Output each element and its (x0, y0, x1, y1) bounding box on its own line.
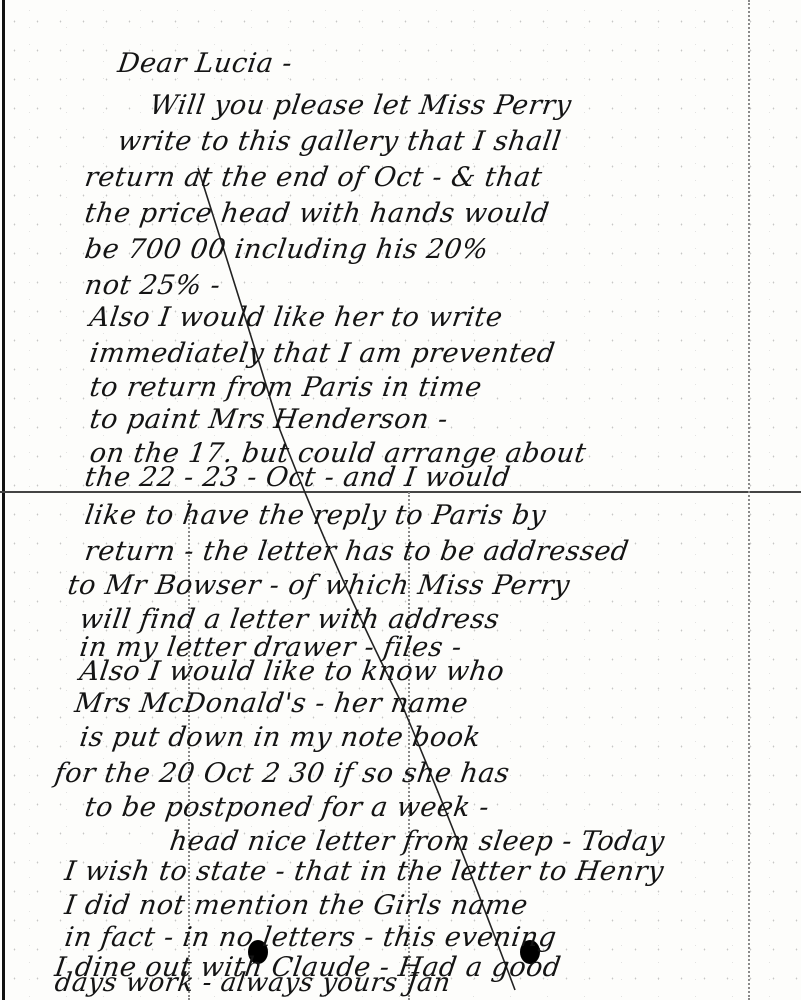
letter-page: Dear Lucia - Will you please let Miss Pe… (0, 0, 801, 1000)
letter-line: be 700 00 including his 20% (83, 234, 491, 265)
letter-line: to return from Paris in time (88, 372, 484, 403)
letter-line: write to this gallery that I shall (116, 126, 563, 157)
letter-line: Dear Lucia - (116, 48, 294, 79)
letter-line: is put down in my note book (78, 722, 483, 753)
letter-line: return at the end of Oct - & that (83, 162, 544, 193)
letter-line: the price head with hands would (83, 198, 551, 229)
letter-line: to paint Mrs Henderson - (88, 404, 450, 435)
scan-left-edge (2, 0, 5, 1000)
letter-line: like to have the reply to Paris by (83, 500, 548, 531)
letter-line: Also I would like to know who (78, 656, 507, 687)
letter-signature-line: days work - always yours Jan (53, 968, 453, 998)
letter-line: for the 20 Oct 2 30 if so she has (53, 758, 512, 789)
letter-line: I wish to state - that in the letter to … (63, 856, 666, 887)
letter-line: to Mr Bowser - of which Miss Perry (66, 570, 572, 601)
letter-line: I did not mention the Girls name (63, 890, 530, 921)
letter-line: head nice letter from sleep - Today (168, 826, 667, 857)
letter-line: the 22 - 23 - Oct - and I would (83, 462, 513, 493)
letter-line: will find a letter with address (78, 604, 502, 635)
letter-line: Also I would like her to write (88, 302, 505, 333)
vertical-crease-right (748, 0, 750, 1000)
letter-line: Will you please let Miss Perry (148, 90, 574, 121)
letter-line: immediately that I am prevented (88, 338, 557, 369)
letter-line: in fact - in no letters - this evening (63, 922, 559, 953)
letter-line: Mrs McDonald's - her name (73, 688, 470, 719)
letter-line: not 25% - (83, 270, 223, 301)
letter-line: to be postponed for a week - (83, 792, 491, 823)
letter-line: return - the letter has to be addressed (83, 536, 631, 567)
